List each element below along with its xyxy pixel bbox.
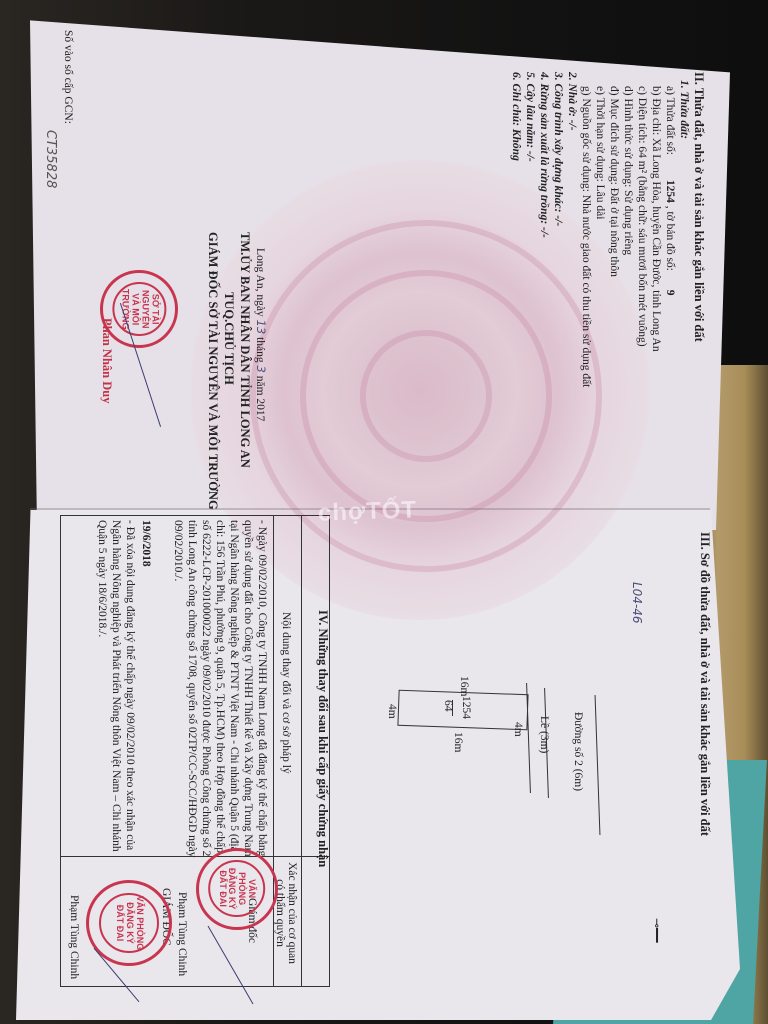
chotot-watermark: chợTỐT [318,496,418,527]
pattern-ring [360,330,492,462]
area-line: c) Diện tích: 64 m² (bằng chữ: sáu mươi … [636,86,648,347]
dimension-right: 4m [512,722,524,737]
table-divider [301,516,302,986]
parcel-line: a) Thửa đất số: 1254 , tờ bản đồ số: 9 [664,86,676,296]
item4: 4. Rừng sản xuất là rừng trồng: -/- [538,72,550,238]
usage-term-line: e) Thời hạn sử dụng: Lâu dài [594,86,606,219]
sidewalk-label: Lề (3m) [538,716,550,753]
map-number: 9 [664,290,676,296]
section4-heading: IV. Những thay đổi sau khi cấp giấy chứn… [315,610,330,867]
section3-heading: III. Sơ đồ thửa đất, nhà ở và tài sản kh… [697,532,712,836]
handwritten-lot-code: L04-46 [630,582,644,624]
section2-heading: II. Thửa đất, nhà ở và tài sản khác gắn … [691,72,706,342]
item3: 3. Công trình xây dựng khác: -/- [552,72,564,226]
registration-office-stamp: VĂN PHÒNG ĐĂNG KÝ ĐẤT ĐAI [196,848,278,930]
usage-purpose-line: đ) Mục đích sử dụng: Đất ở tại nông thôn [608,86,620,277]
registry-label: Số vào sổ cấp GCN: [62,30,74,124]
dimension-top: 16m [458,676,470,696]
parcel-area-plot: 64 [442,700,454,712]
item2: 2. Nhà ở: -/- [566,72,578,131]
item5: 5. Cây lâu năm: -/- [524,72,536,162]
registry-number: CT35828 [43,130,58,188]
column-header-confirm: Xác nhận của cơ quan có thẩm quyền [274,858,298,968]
item1-title: 1. Thửa đất: [678,80,690,139]
signing-authority-line2: TUQ.CHỦ TỊCH [221,292,236,385]
origin-line: g) Nguồn gốc sử dụng: Nhà nước giao đất … [580,86,592,387]
road-label: Đường số 2 (6m) [572,712,584,791]
parcel-number-plot: 1254 [460,696,472,719]
item6: 6. Ghi chú: Không [510,72,522,161]
signing-authority-line1: TM.ỦY BAN NHÂN DÂN TỈNH LONG AN [237,232,252,468]
signer-name: Phan Nhân Duy [99,318,114,403]
dimension-left: 4m [386,704,398,719]
north-arrow-icon: ⊸━━ [649,918,664,943]
column-header-content: Nội dung thay đổi và cơ sở pháp lý [280,612,292,774]
dimension-bottom: 16m [452,732,464,752]
confirm-name-2: Phạm Tùng Chinh [68,895,80,979]
signing-date: Long An, ngày 13 tháng 3 năm 2017 [254,248,268,421]
parcel-number: 1254 [664,180,676,203]
address-line: b) Địa chỉ: Xã Long Hòa, huyện Cần Đước,… [650,86,662,352]
signing-authority-line3: GIÁM ĐỐC SỞ TÀI NGUYÊN VÀ MÔI TRƯỜNG [205,232,220,510]
usage-form-line: d) Hình thức sử dụng: Sử dụng riêng [622,86,634,255]
confirm-name-1: Phạm Tùng Chinh [176,892,188,976]
